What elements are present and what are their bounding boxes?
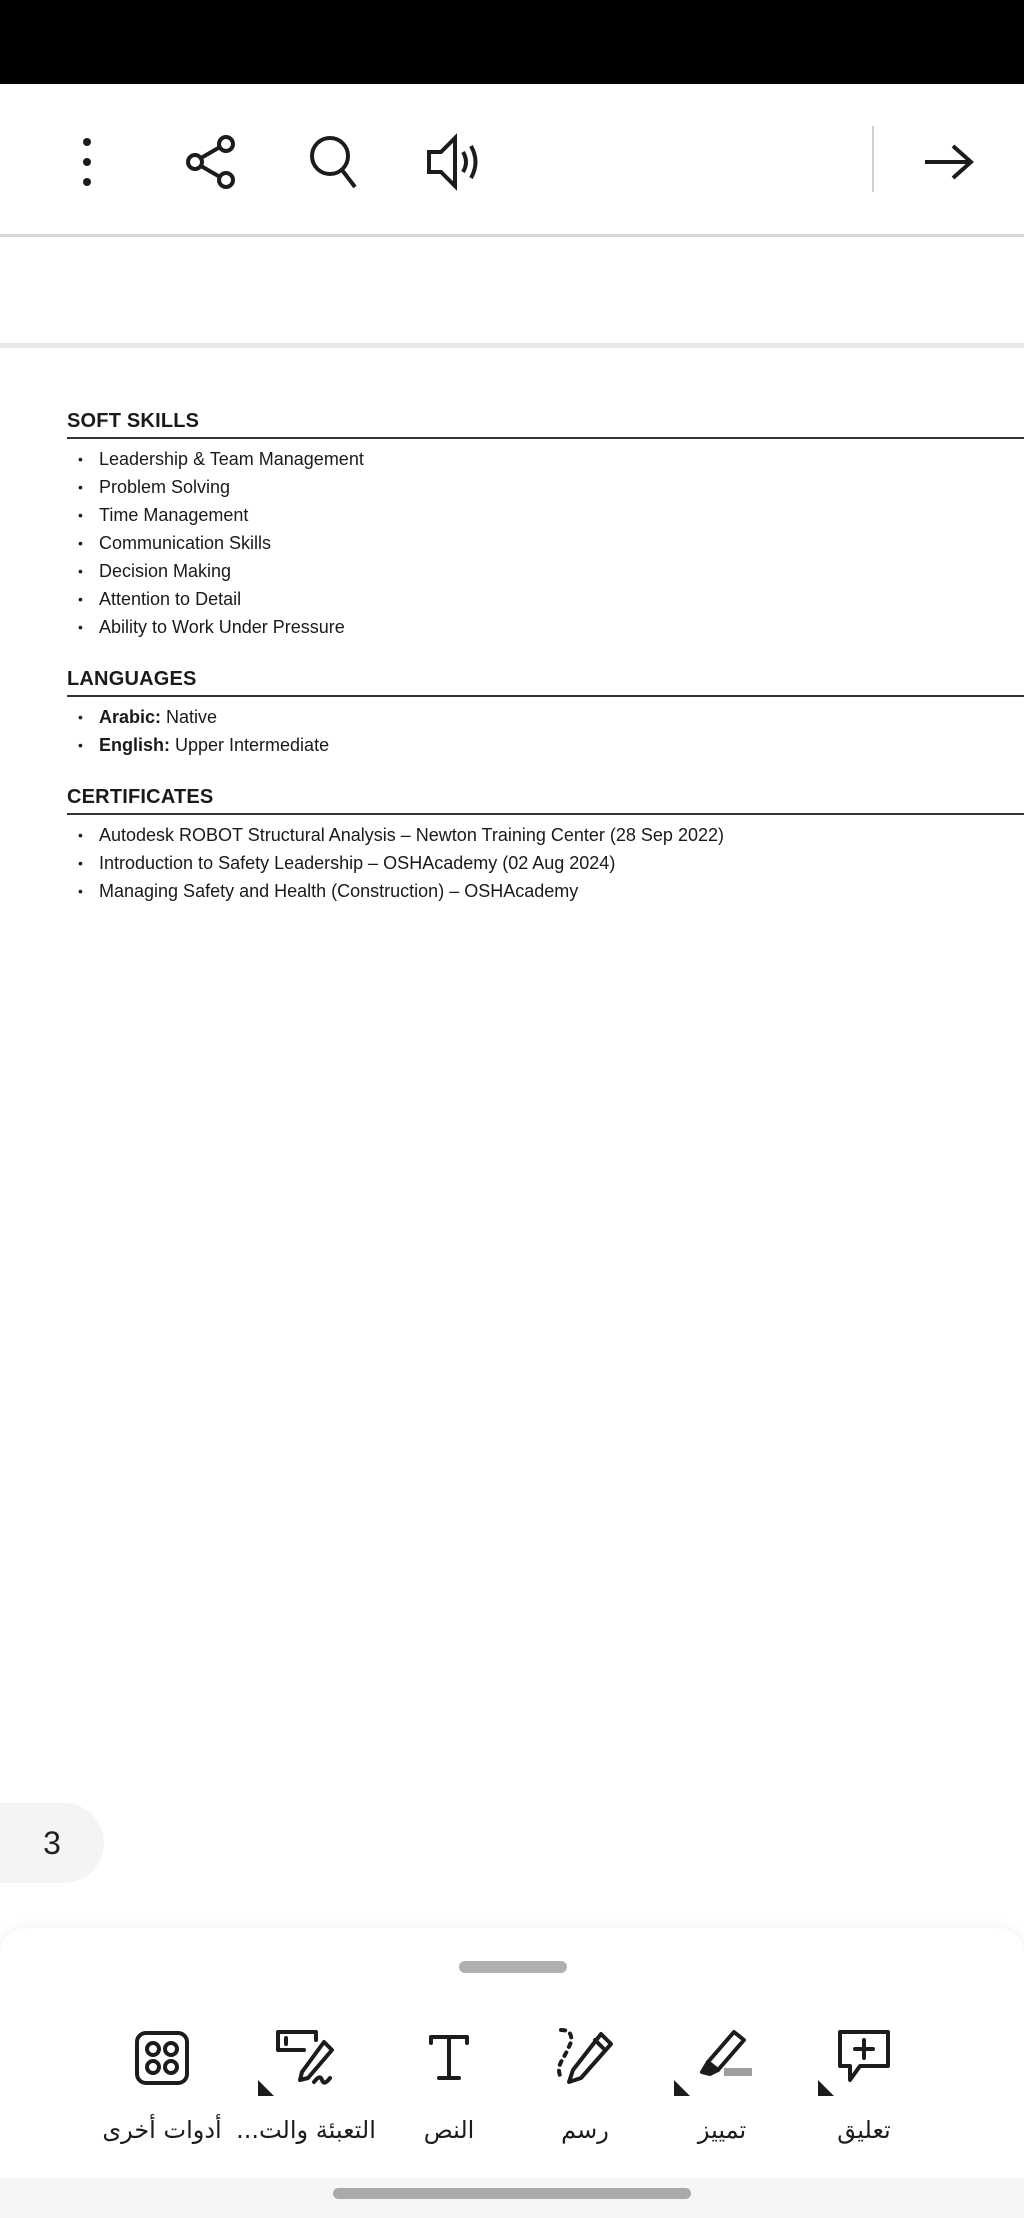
- list-item: Problem Solving: [67, 473, 1024, 501]
- tool-comment[interactable]: تعليق: [794, 2018, 934, 2144]
- expand-corner-icon: [674, 2080, 690, 2096]
- section-title: SOFT SKILLS: [67, 410, 1024, 439]
- list-item: Ability to Work Under Pressure: [67, 613, 1024, 641]
- toolbar-divider: [872, 126, 874, 192]
- tool-label: رسم: [515, 2116, 655, 2144]
- page-number-indicator[interactable]: 3: [0, 1803, 104, 1883]
- language-level: Upper Intermediate: [170, 735, 329, 755]
- fill-sign-icon: [236, 2018, 376, 2098]
- tool-fill-sign[interactable]: التعبئة والت...: [236, 2018, 376, 2144]
- section-soft-skills: SOFT SKILLS Leadership & Team Management…: [67, 410, 1024, 641]
- tool-more-tools[interactable]: أدوات أخرى: [92, 2018, 232, 2144]
- share-icon[interactable]: [176, 124, 246, 200]
- add-comment-icon: [794, 2018, 934, 2098]
- tool-label: التعبئة والت...: [236, 2116, 376, 2144]
- search-icon[interactable]: [300, 124, 370, 200]
- tool-draw[interactable]: رسم: [515, 2018, 655, 2144]
- list-item: Time Management: [67, 501, 1024, 529]
- list-item: English: Upper Intermediate: [67, 731, 1024, 759]
- languages-list: Arabic: Native English: Upper Intermedia…: [67, 703, 1024, 759]
- list-item: Introduction to Safety Leadership – OSHA…: [67, 849, 1024, 877]
- status-bar: [0, 0, 1024, 84]
- language-level: Native: [161, 707, 217, 727]
- tool-label: أدوات أخرى: [92, 2116, 232, 2144]
- section-title: CERTIFICATES: [67, 786, 1024, 815]
- system-nav-bar: [0, 2178, 1024, 2218]
- language-name: English:: [99, 735, 170, 755]
- home-gesture-handle[interactable]: [333, 2188, 691, 2199]
- list-item: Communication Skills: [67, 529, 1024, 557]
- list-item: Decision Making: [67, 557, 1024, 585]
- draw-pencil-icon: [515, 2018, 655, 2098]
- tool-label: تعليق: [794, 2116, 934, 2144]
- certificates-list: Autodesk ROBOT Structural Analysis – New…: [67, 821, 1024, 905]
- expand-corner-icon: [818, 2080, 834, 2096]
- section-certificates: CERTIFICATES Autodesk ROBOT Structural A…: [67, 786, 1024, 905]
- list-item: Managing Safety and Health (Construction…: [67, 877, 1024, 905]
- soft-skills-list: Leadership & Team Management Problem Sol…: [67, 445, 1024, 641]
- bottom-tools-sheet: أدوات أخرى التعبئة والت... النص رسم تميي…: [0, 1928, 1024, 2178]
- sheet-drag-handle[interactable]: [459, 1961, 567, 1973]
- more-vertical-icon[interactable]: [52, 124, 122, 200]
- page-gap: [0, 237, 1024, 348]
- section-languages: LANGUAGES Arabic: Native English: Upper …: [67, 668, 1024, 759]
- top-toolbar: [0, 84, 1024, 237]
- read-aloud-icon[interactable]: [422, 124, 492, 200]
- list-item: Leadership & Team Management: [67, 445, 1024, 473]
- tool-text[interactable]: النص: [379, 2018, 519, 2144]
- list-item: Autodesk ROBOT Structural Analysis – New…: [67, 821, 1024, 849]
- tool-highlight[interactable]: تمييز: [652, 2018, 792, 2144]
- text-icon: [379, 2018, 519, 2098]
- tool-label: تمييز: [652, 2116, 792, 2144]
- expand-corner-icon: [258, 2080, 274, 2096]
- section-title: LANGUAGES: [67, 668, 1024, 697]
- grid-apps-icon: [92, 2018, 232, 2098]
- highlighter-icon: [652, 2018, 792, 2098]
- language-name: Arabic:: [99, 707, 161, 727]
- forward-arrow-icon[interactable]: [914, 124, 984, 200]
- tool-label: النص: [379, 2116, 519, 2144]
- list-item: Arabic: Native: [67, 703, 1024, 731]
- list-item: Attention to Detail: [67, 585, 1024, 613]
